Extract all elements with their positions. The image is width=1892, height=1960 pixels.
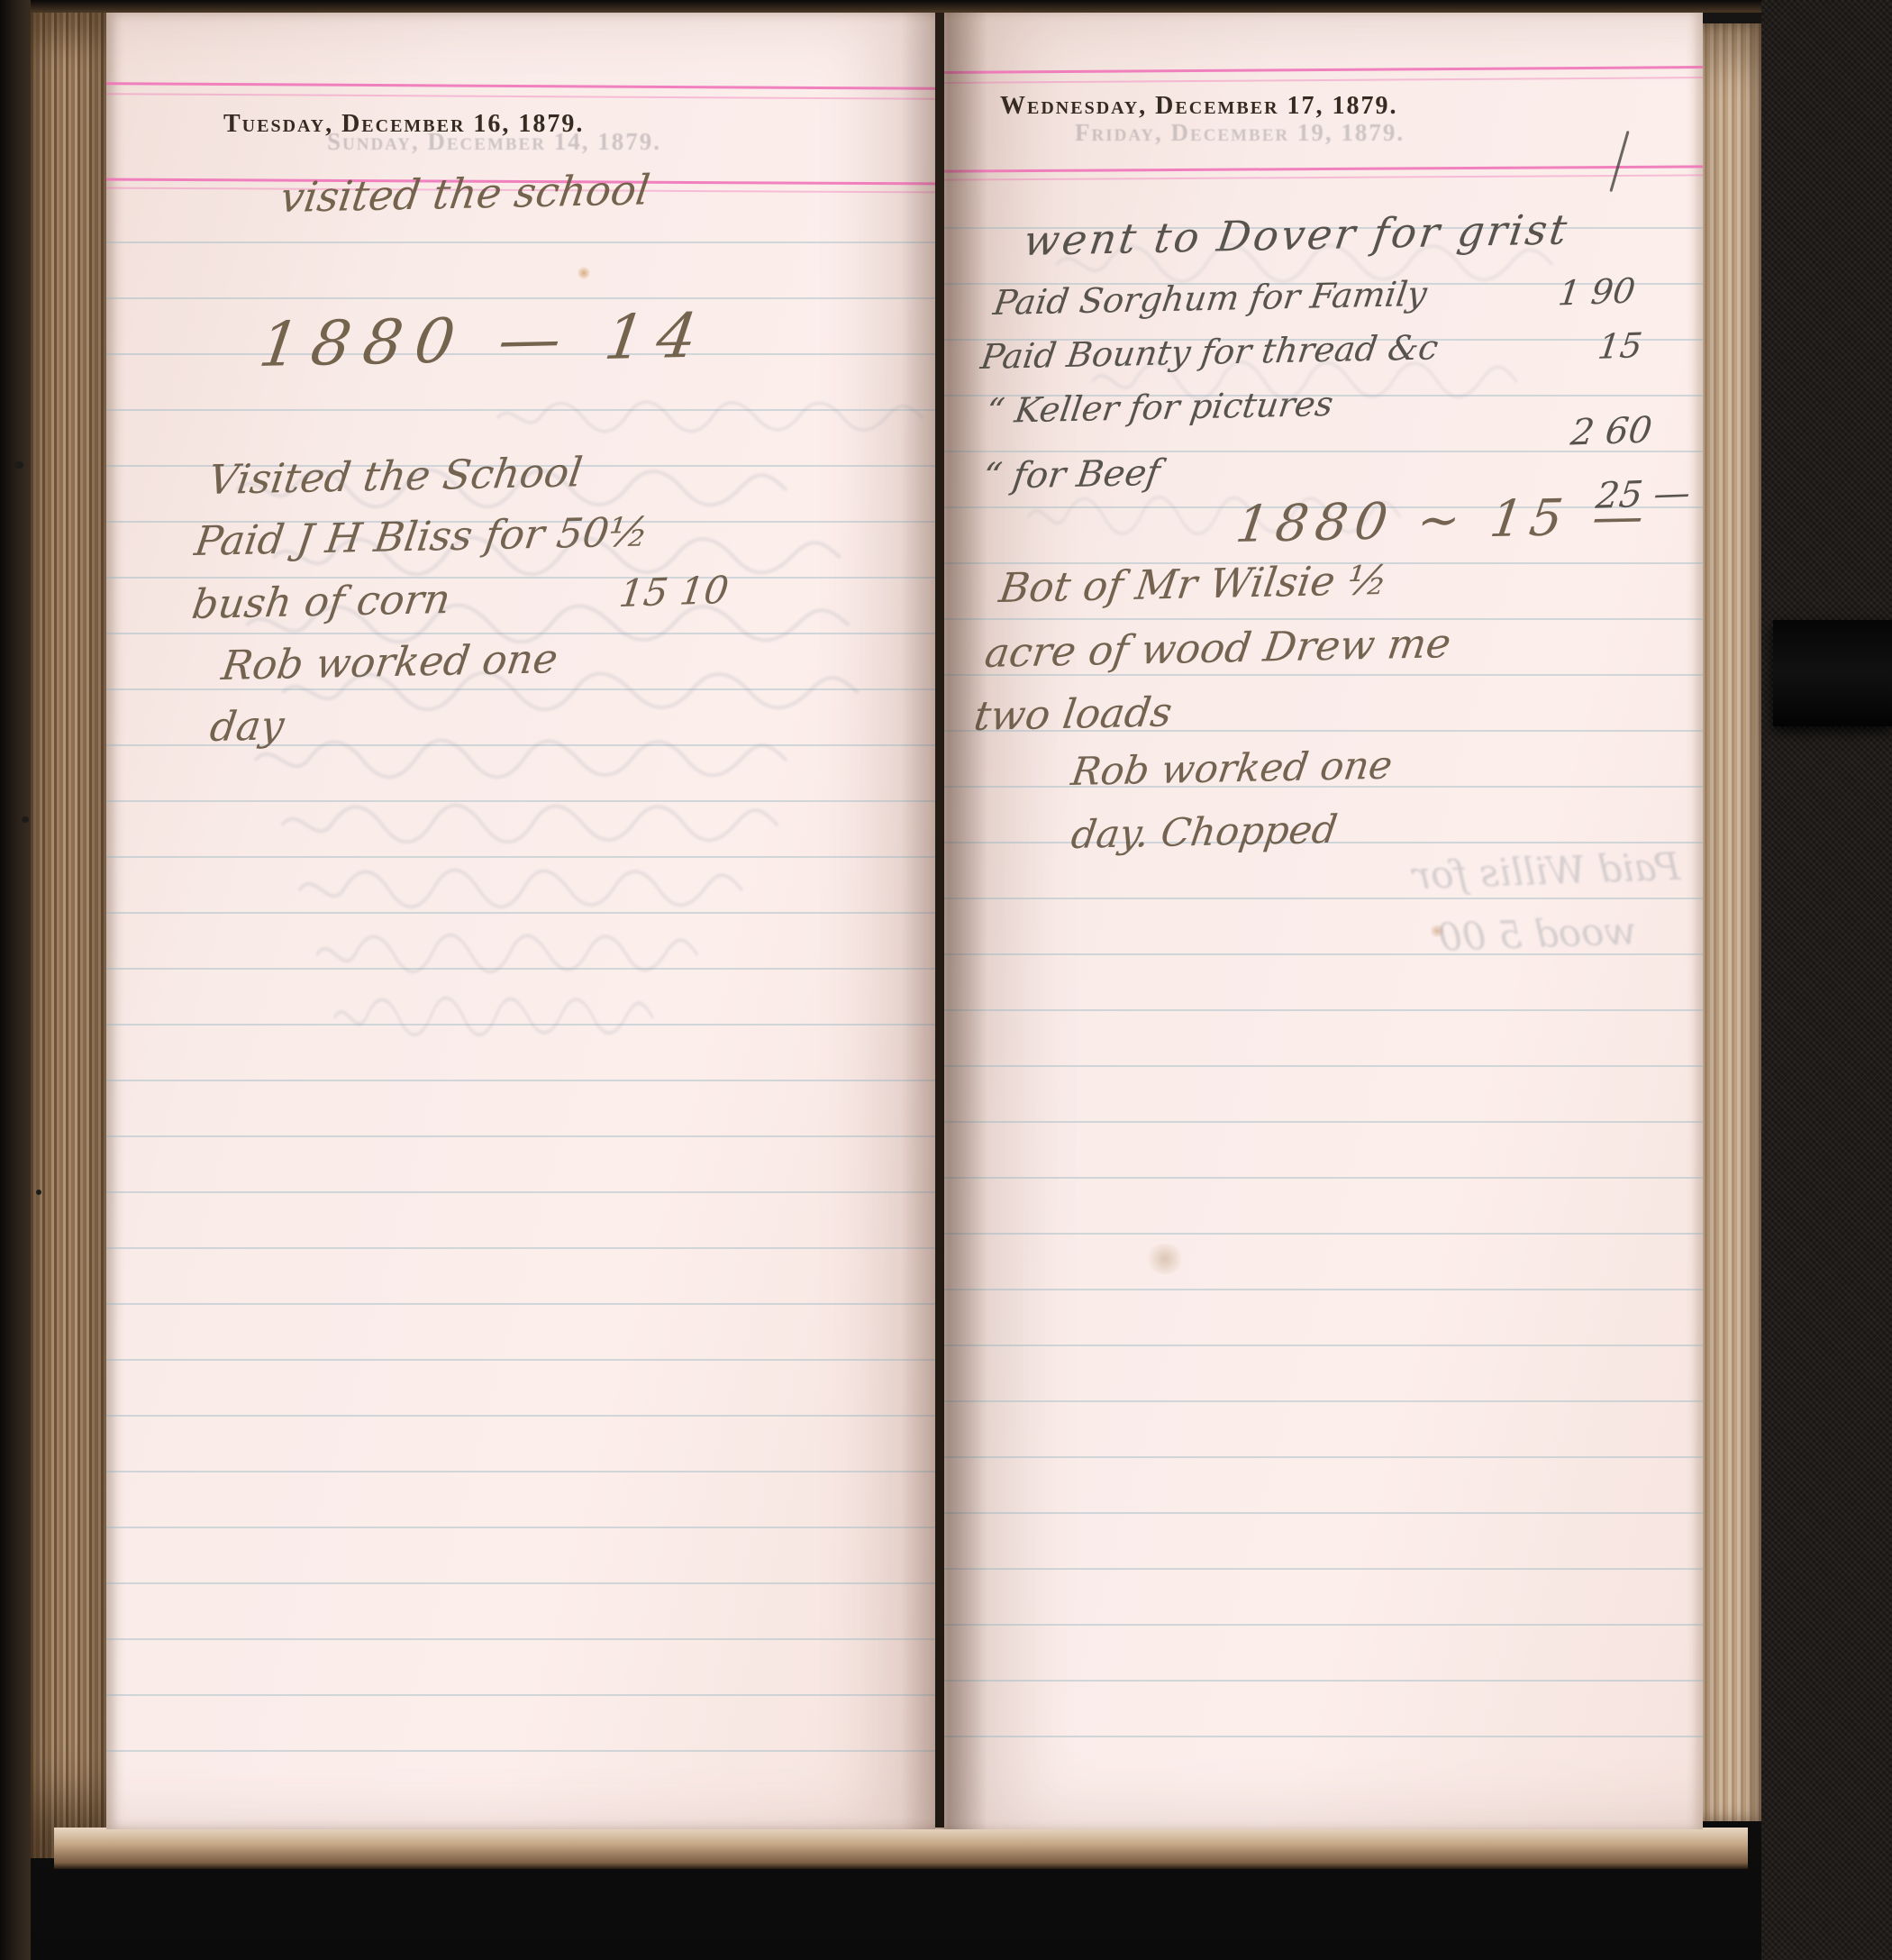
book-top-edge (31, 0, 1766, 13)
diary-entry-line: day. Chopped (1069, 807, 1340, 858)
diary-scan: Sunday, December 14, 1879. Tuesday, Dece… (0, 0, 1892, 1960)
page-edge-stack-left (31, 11, 108, 1858)
ink-stroke (1609, 131, 1629, 192)
bleedthrough-header: Friday, December 19, 1879. (1075, 119, 1405, 147)
page-header-date: Tuesday, December 16, 1879. (223, 110, 584, 139)
paper-stain (577, 267, 591, 279)
scan-speck (14, 461, 23, 469)
right-page: Friday, December 19, 1879. Wednesday, De… (944, 13, 1703, 1829)
diary-entry-amount: 2 60 (1569, 409, 1654, 453)
diary-entry-amount: 15 (1596, 325, 1644, 367)
paper-stain (1144, 1244, 1186, 1274)
bleedthrough-line: Paid Willis for (1412, 844, 1681, 898)
pink-rule (944, 165, 1703, 172)
book-gutter-shadow (901, 13, 987, 1829)
pink-rule (944, 77, 1703, 84)
page-edge-stack-right (1701, 23, 1766, 1821)
pink-rule (106, 82, 935, 90)
page-header-date: Wednesday, December 17, 1879. (1000, 92, 1398, 121)
diary-entry-line: Bot of Mr Wilsie ½ (996, 556, 1390, 612)
page-edge-stack-bottom (54, 1828, 1748, 1869)
book-left-cover (0, 0, 31, 1960)
scan-speck (22, 816, 29, 823)
diary-entry-line: Rob worked one (1069, 743, 1395, 795)
pink-rule (944, 174, 1703, 180)
diary-entry-line: two loads (971, 688, 1175, 740)
diary-entry-line: visited the school (277, 165, 653, 222)
pink-rule (944, 66, 1703, 74)
bleedthrough-line: wood 5 00 (1437, 908, 1637, 960)
pink-rule (106, 93, 935, 100)
scan-speck (36, 1190, 41, 1195)
left-page: Sunday, December 14, 1879. Tuesday, Dece… (106, 13, 935, 1829)
diary-entry-line: 1880 — 14 (255, 301, 714, 381)
book-back-cover-cloth (1761, 0, 1892, 1960)
book-strap (1773, 620, 1892, 726)
diary-entry-amount: 1 90 (1556, 271, 1637, 314)
paper-stain (1429, 925, 1445, 937)
diary-entry-line: acre of wood Drew me (982, 619, 1454, 677)
